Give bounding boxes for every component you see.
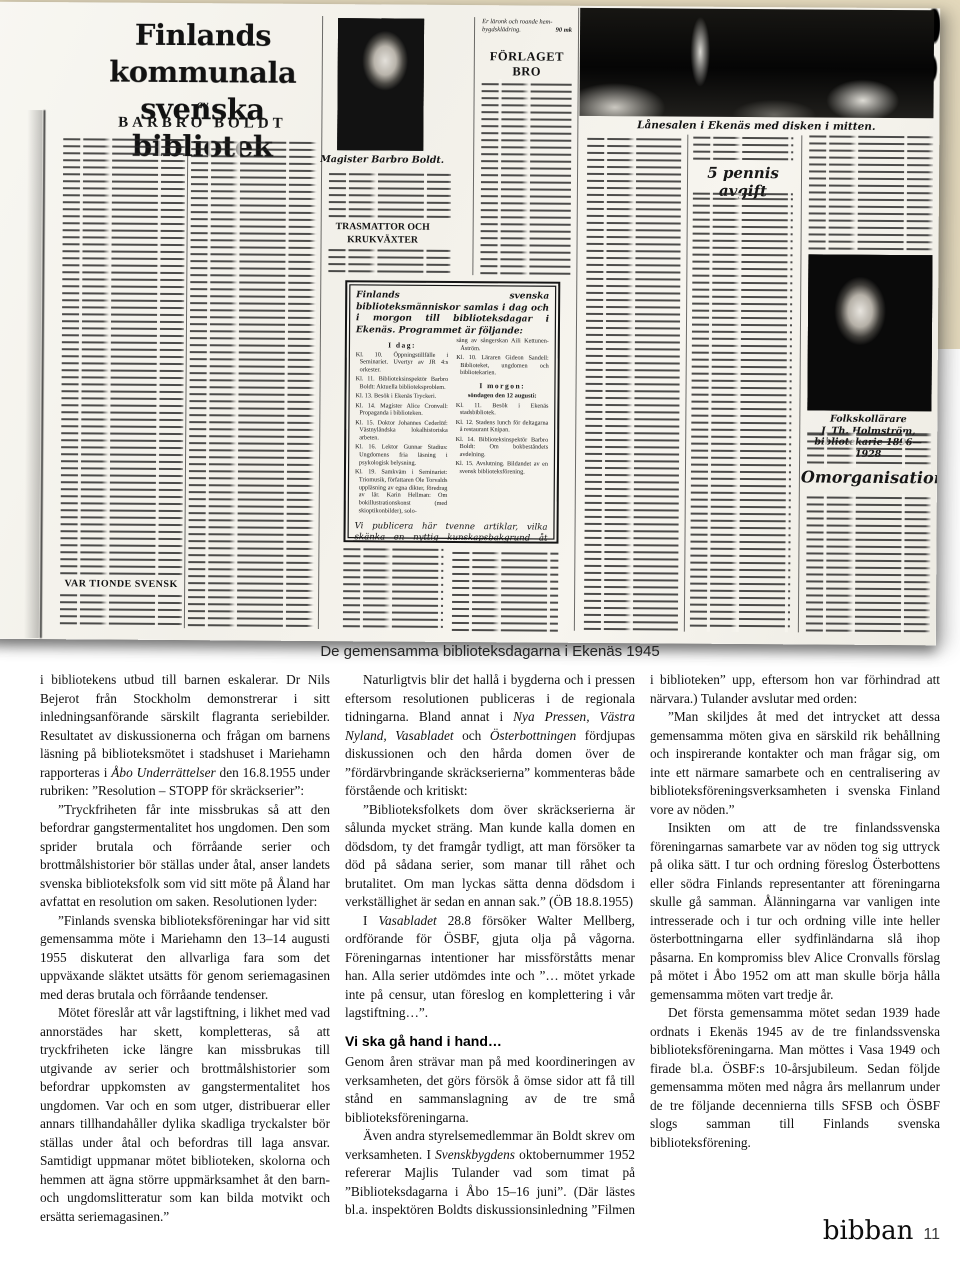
program-day1-column: I dag: Kl. 10. Öppningstillfälle i Semin… xyxy=(355,336,449,517)
photo-lanesalen xyxy=(579,8,934,118)
program-day2-column: sång av sångerskan Aili Kettunen-Åström.… xyxy=(455,337,549,518)
article-paragraph: Det första gemensamma mötet sedan 1939 h… xyxy=(650,1004,940,1152)
newsprint-column xyxy=(807,431,931,468)
page-footer: bibban 11 xyxy=(823,1216,940,1246)
program-schedule: I dag: Kl. 10. Öppningstillfälle i Semin… xyxy=(355,336,549,517)
newsprint-column xyxy=(806,493,931,633)
photo-hall-caption: Lånesalen i Ekenäs med disken i mitten. xyxy=(579,119,933,133)
program-item: Kl. 14. Biblioteksinspektör Barbro Boldt… xyxy=(456,435,549,459)
program-item: Kl. 10. Öppningstillfälle i Seminariet. … xyxy=(356,351,449,375)
newsprint-column xyxy=(452,549,559,632)
article-paragraph: Genom åren strävar man på med koordineri… xyxy=(345,1053,635,1127)
image-caption: De gemensamma biblioteksdagarna i Ekenäs… xyxy=(40,643,940,660)
program-day2-lead: sång av sångerskan Aili Kettunen-Åström. xyxy=(456,337,549,353)
program-item: Kl. 19. Samkväm i Seminariet: Triomusik,… xyxy=(355,468,448,515)
newsprint-column xyxy=(480,79,571,276)
newsprint-column xyxy=(584,136,681,632)
subhead-forlaget-bro: FÖRLAGET BRO xyxy=(480,49,574,80)
byline-author: BARBRO BOLDT xyxy=(73,114,331,133)
newsprint-column xyxy=(60,138,185,575)
column-rule xyxy=(684,135,689,632)
article-paragraph: Insikten om att de tre finlandssvenska f… xyxy=(650,819,940,1004)
newsprint-column xyxy=(690,193,793,633)
page-number: 11 xyxy=(923,1226,940,1244)
program-item: Kl. 15. Avslutning. Bildandet av en sven… xyxy=(455,460,548,476)
newsprint-column xyxy=(329,172,451,219)
magazine-page: { "page": { "source_label": "VÄSTRA NYLA… xyxy=(0,0,960,1264)
program-day2-header: I morgon: xyxy=(456,382,549,390)
column-rule xyxy=(798,135,803,632)
program-item: Kl. 13. Besök i Ekenäs Tryckeri. xyxy=(355,393,448,401)
program-day2-item0: Kl. 10. Läraren Gideon Sandell: Bibliote… xyxy=(456,354,549,378)
program-item: Kl. 15. Doktor Johannes Cederlöf: Västny… xyxy=(355,419,448,443)
newsprint-column xyxy=(188,139,317,629)
photo-boldt-caption: Magister Barbro Boldt. xyxy=(319,154,445,166)
ad-text: Er läronk och roande hem- bygdsklädring.… xyxy=(482,18,572,35)
program-day1-header: I dag: xyxy=(356,341,449,349)
newsprint-column xyxy=(60,594,182,627)
program-item: Kl. 16. Lektor Gunnar Stadius: Ungdomens… xyxy=(355,444,448,468)
article-paragraph: I Vasabladet 28.8 försöker Walter Mellbe… xyxy=(345,912,635,1023)
photo-barbro-boldt xyxy=(337,18,424,151)
program-box: Finlands svenska biblioteksmänniskor sam… xyxy=(343,280,560,543)
program-item: Kl. 11. Biblioteksinspektör Barbro Boldt… xyxy=(356,376,449,392)
magazine-name: bibban xyxy=(823,1216,914,1246)
subhead-trasmattor: TRASMATTOR OCH KRUKVÄXTER xyxy=(323,221,443,247)
holmstrom-caption-line1: Folkskollärare xyxy=(830,414,907,426)
article-paragraph: Mötet föreslår att vår lagstiftning, i l… xyxy=(40,1004,330,1226)
ad-line-2: bygdsklädring. xyxy=(482,26,521,33)
article-paragraph: ”Tryckfriheten får inte missbrukas så at… xyxy=(40,801,330,912)
newsprint-column xyxy=(343,548,444,631)
program-day1-items: Kl. 10. Öppningstillfälle i Seminariet. … xyxy=(355,351,449,515)
editorial-note: Vi publicera här tvenne artiklar, vilka … xyxy=(354,521,548,544)
program-item: Kl. 12. Stadens lunch för deltagarna å r… xyxy=(456,418,549,434)
newsprint-column xyxy=(328,249,450,276)
article-subheading: Vi ska gå hand i hand… xyxy=(345,1032,635,1051)
column-rule xyxy=(472,17,475,275)
program-item: Kl. 11. Besök i Ekenäs stadsbibliotek. xyxy=(456,401,549,417)
ad-line-1: Er läronk och roande hem- xyxy=(482,18,552,25)
byline-av: av xyxy=(73,96,331,113)
program-day2-items: Kl. 11. Besök i Ekenäs stadsbibliotek.Kl… xyxy=(455,401,548,476)
newspaper-clipping-scan: Finlands kommunala svenska bibliotek av … xyxy=(0,2,940,646)
article-paragraph: i bibliotekens utbud till barnen eskaler… xyxy=(40,671,330,801)
program-intro: Finlands svenska biblioteksmänniskor sam… xyxy=(356,290,549,337)
ad-price: 90 mk xyxy=(556,27,572,35)
subhead-var-tionde: VAR TIONDE SVENSK xyxy=(60,578,182,590)
program-day2-subheader: söndagen den 12 augusti: xyxy=(456,392,549,400)
article-paragraph: ”Finlands svenska biblioteksföreningar h… xyxy=(40,912,330,1005)
article-paragraph: ”Man skiljdes åt med det intrycket att d… xyxy=(650,708,940,819)
newsprint-column xyxy=(693,137,793,164)
subhead-omorganisationen: Omorganisationen xyxy=(801,467,935,487)
program-item: Kl. 14. Magister Alice Cronvall: Propaga… xyxy=(355,402,448,418)
newsprint-column xyxy=(809,135,934,250)
article-body: i bibliotekens utbud till barnen eskaler… xyxy=(40,671,940,1249)
subhead-trasmattor-line1: TRASMATTOR OCH xyxy=(336,221,430,233)
article-paragraph: Naturligtvis blir det hallå i bygderna o… xyxy=(345,671,635,801)
headline-line-1: Finlands kommunala xyxy=(109,18,296,90)
subhead-trasmattor-line2: KRUKVÄXTER xyxy=(347,234,418,245)
article-paragraph: ”Biblioteksfolkets dom över skräckserier… xyxy=(345,801,635,912)
column-rule xyxy=(574,8,580,631)
photo-holmstrom xyxy=(807,254,932,411)
